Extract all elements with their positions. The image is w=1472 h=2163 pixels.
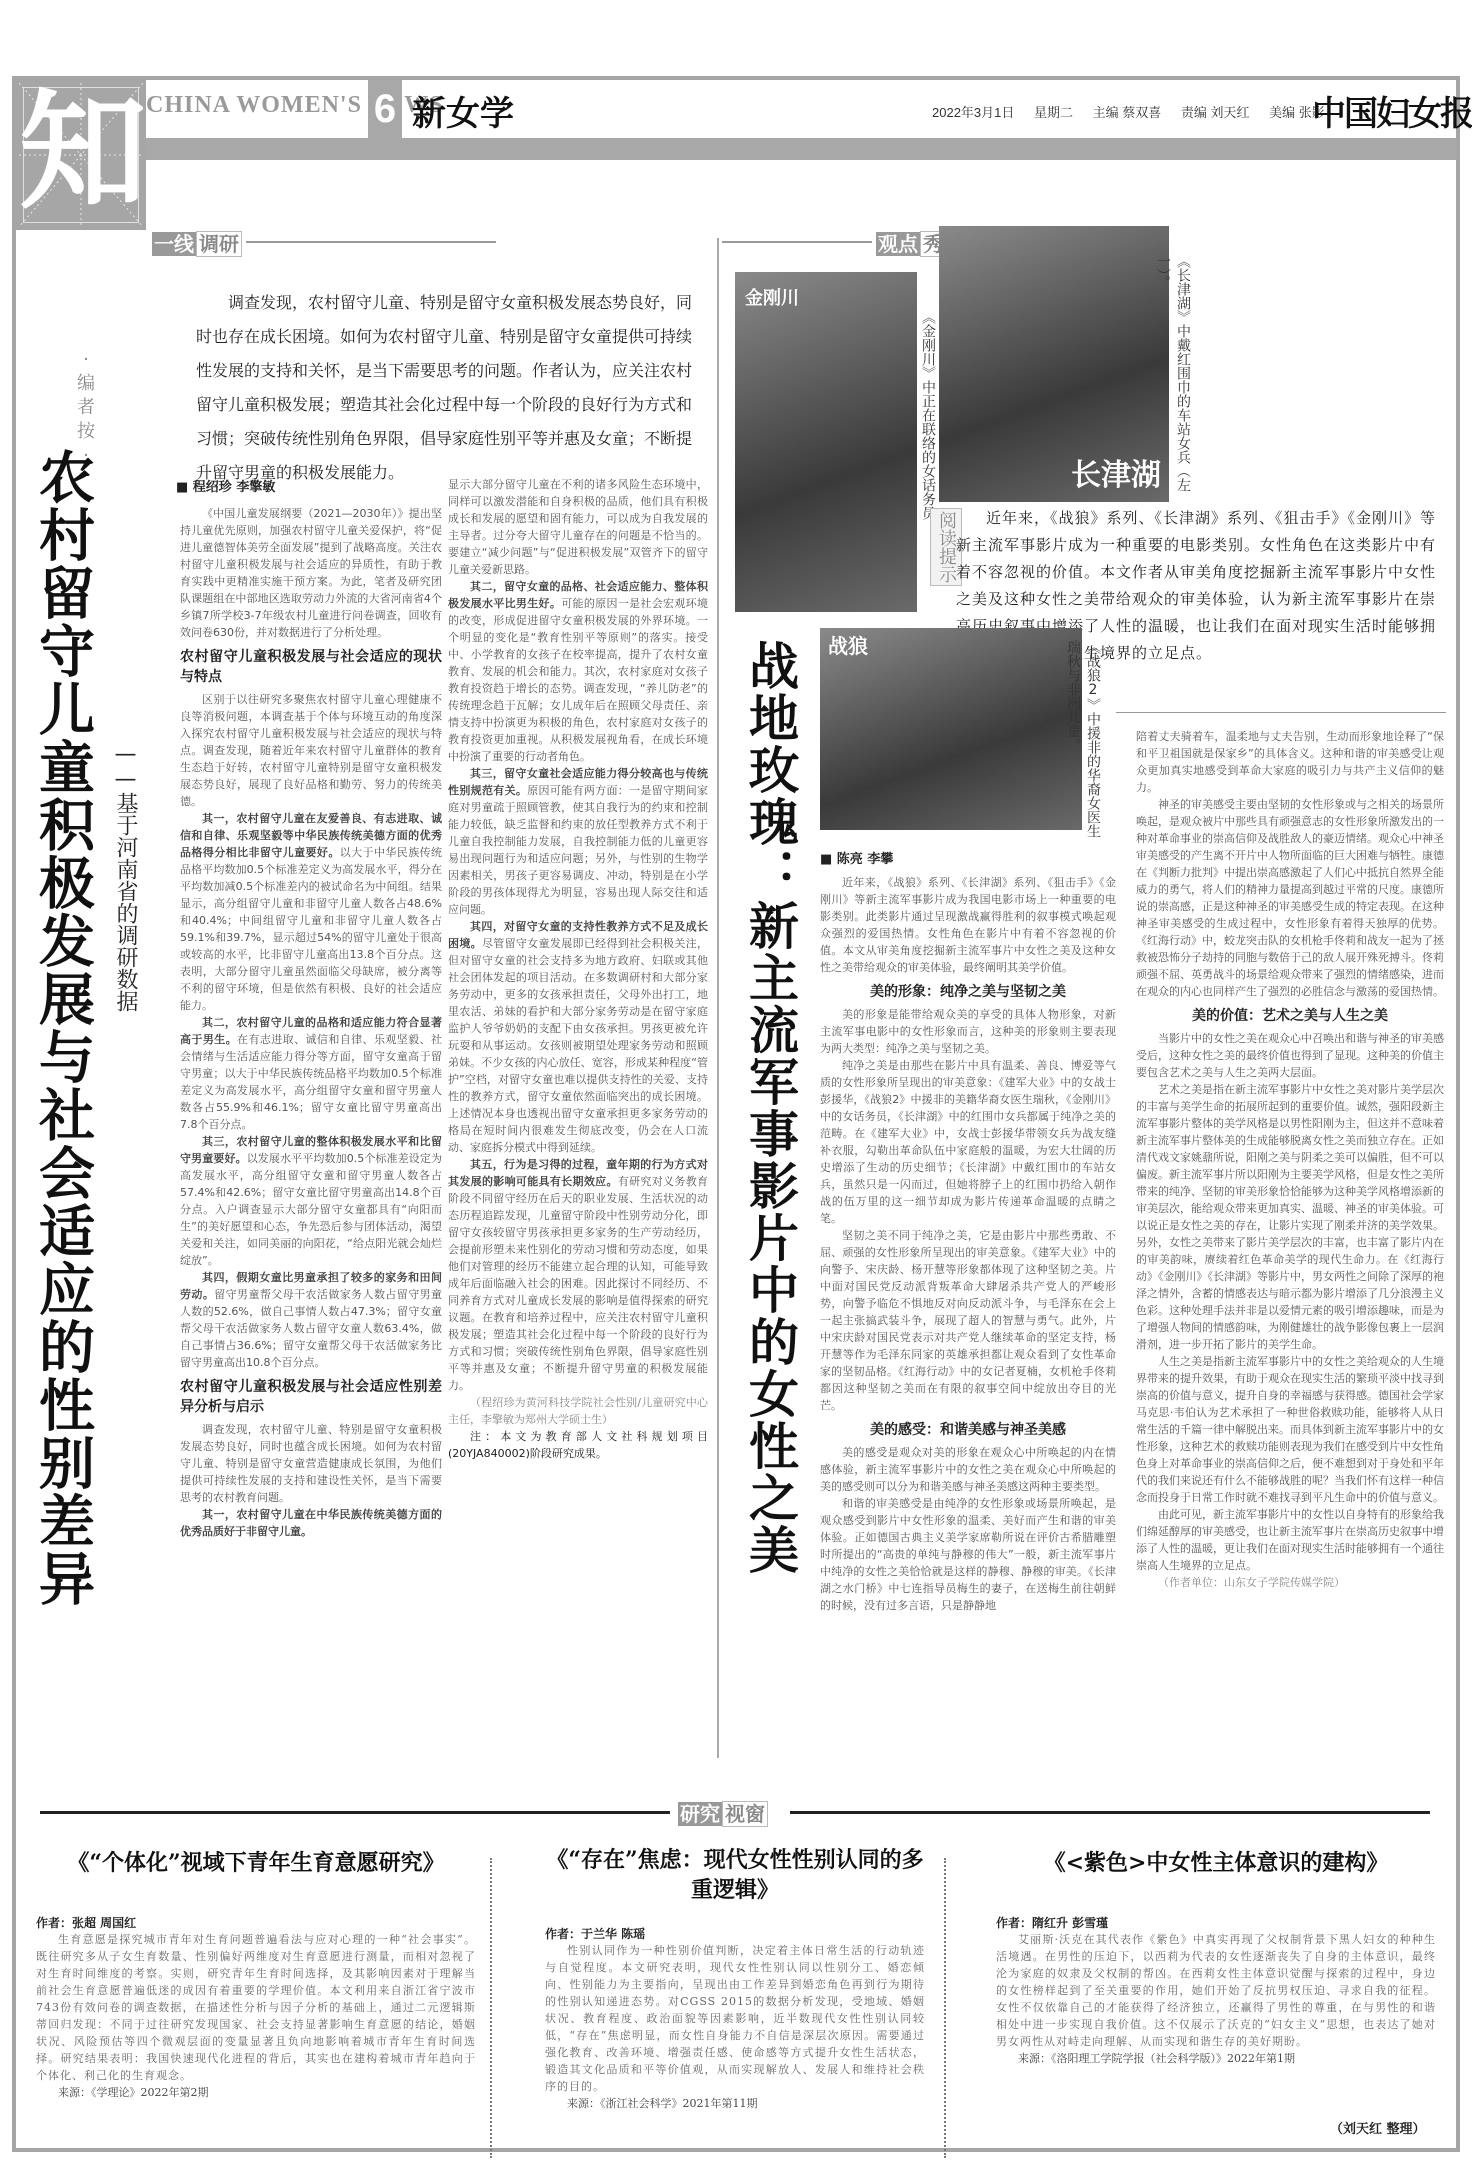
author-note: （程绍珍为黄河科技学院社会性别/儿童研究中心主任，李擎敏为郑州大学硕士生） bbox=[448, 1394, 708, 1428]
research-authors: 作者：隋红升 彭雪瑾 bbox=[996, 1914, 1436, 1931]
photo-caption: 《长津湖》中戴红围巾的车站女兵（左一）。 bbox=[1175, 254, 1193, 504]
section-rule bbox=[246, 241, 496, 243]
left-byline: ■ 程绍珍 李擎敏 bbox=[176, 476, 275, 495]
inner-rule bbox=[1116, 712, 1446, 713]
fund-note: 注：本文为教育部人文社科规划项目(20YJA840002)阶段研究成果。 bbox=[448, 1428, 708, 1462]
research-title: 《“存在”焦虑：现代女性性别认同的多重逻辑》 bbox=[545, 1845, 925, 1925]
editor-credit: （刘天红 整理） bbox=[1330, 2118, 1426, 2137]
section-rule bbox=[722, 241, 872, 243]
newspaper-logo: 中国妇女报 bbox=[1312, 86, 1472, 135]
photo-jingangchuan: 金刚川 bbox=[735, 272, 917, 612]
subheading: 美的价值：艺术之美与人生之美 bbox=[1136, 1006, 1444, 1026]
research-authors: 作者：于兰华 陈瑶 bbox=[545, 1925, 925, 1942]
film-title-overlay: 战狼 bbox=[828, 630, 868, 659]
research-item: 《<紫色>中女性主体意识的建构》 作者：隋红升 彭雪瑾 艾丽斯·沃克在其代表作《… bbox=[996, 1848, 1436, 2066]
section-rule bbox=[40, 1811, 670, 1814]
date: 2022年3月1日 bbox=[932, 105, 1014, 120]
research-source: 来源：《洛阳理工学院学报（社会科学版）》2022年第1期 bbox=[996, 2050, 1436, 2066]
subheading: 农村留守儿童积极发展与社会适应性别差异分析与启示 bbox=[180, 1377, 442, 1417]
responsible-editor: 责编 刘天红 bbox=[1181, 105, 1250, 120]
research-item: 《“存在”焦虑：现代女性性别认同的多重逻辑》 作者：于兰华 陈瑶 性别认同作为一… bbox=[545, 1845, 925, 2111]
dotted-divider bbox=[490, 1858, 492, 2158]
chief-editor: 主编 蔡双喜 bbox=[1093, 105, 1162, 120]
author-affiliation: （作者单位：山东女子学院传媒学院） bbox=[1136, 1574, 1444, 1591]
section-rule bbox=[790, 1811, 1430, 1814]
left-subheadline: ——基于河南省的调研数据 bbox=[110, 742, 140, 1302]
research-title: 《“个体化”视域下青年生育意愿研究》 bbox=[36, 1848, 476, 1914]
research-authors: 作者：张超 周国红 bbox=[36, 1914, 476, 1931]
right-column-2: 陪着丈夫骑着车，温柔地与丈夫告别，生动而形象地诠释了“保和平卫祖国就是保家乡”的… bbox=[1136, 728, 1444, 1748]
dotted-divider bbox=[944, 1858, 946, 2158]
left-column-1: 《中国儿童发展纲要（2021—2030年）》提出坚持儿童优先原则，加强农村留守儿… bbox=[180, 505, 442, 1735]
section-name: 新女学 bbox=[412, 86, 514, 135]
photo-changjinhu: 长津湖 bbox=[939, 226, 1169, 502]
section-glyph: 知 bbox=[19, 80, 143, 227]
research-source: 来源：《浙江社会科学》2021年第11期 bbox=[545, 2095, 925, 2111]
research-item: 《“个体化”视域下青年生育意愿研究》 作者：张超 周国红 生育意愿是探究城市青年… bbox=[36, 1848, 476, 2100]
subheading: 美的形象：纯净之美与坚韧之美 bbox=[820, 982, 1116, 1002]
right-byline: ■ 陈亮 李攀 bbox=[820, 848, 893, 867]
research-source: 来源：《学理论》2022年第2期 bbox=[36, 2084, 476, 2100]
subheading: 农村留守儿童积极发展与社会适应的现状与特点 bbox=[180, 647, 442, 687]
dateline: 2022年3月1日 星期二 主编 蔡双喜 责编 刘天红 美编 张影 bbox=[932, 102, 1341, 121]
column-tag-frontline: 一线调研 bbox=[152, 228, 242, 257]
photo-caption: 《战狼2》中援非的华裔女医生瑞秋与非洲儿童。 bbox=[1085, 640, 1103, 840]
film-title-overlay: 长津湖 bbox=[1071, 450, 1161, 494]
right-column-1: 近年来，《战狼》系列、《长津湖》系列、《狙击手》《金刚川》等新主流军事影片成为我… bbox=[820, 874, 1116, 1744]
research-title: 《<紫色>中女性主体意识的建构》 bbox=[996, 1848, 1436, 1914]
subheading: 美的感受：和谐美感与神圣美感 bbox=[820, 1420, 1116, 1440]
left-headline: 农村留守儿童积极发展与社会适应的性别差异 bbox=[28, 448, 98, 1658]
weekday: 星期二 bbox=[1034, 105, 1073, 120]
film-title-overlay: 金刚川 bbox=[745, 284, 799, 310]
left-column-2: 显示大部分留守儿童在不利的诸多风险生态环境中，同样可以激发潜能和自身积极的品质，… bbox=[448, 476, 708, 1736]
section-glyph-box: 知 bbox=[16, 80, 146, 230]
photo-zhanlang: 战狼 bbox=[820, 628, 1082, 830]
column-tag-research-window: 研究视窗 bbox=[678, 1798, 768, 1827]
masthead-gray-bar bbox=[130, 138, 1456, 160]
editor-note: 调查发现，农村留守儿童、特别是留守女童积极发展态势良好，同时也存在成长困境。如何… bbox=[196, 286, 696, 490]
right-headline: 战地玫瑰：新主流军事影片中的女性之美 bbox=[738, 640, 802, 1770]
column-divider bbox=[717, 238, 719, 1758]
page-number: 6 bbox=[368, 80, 402, 138]
